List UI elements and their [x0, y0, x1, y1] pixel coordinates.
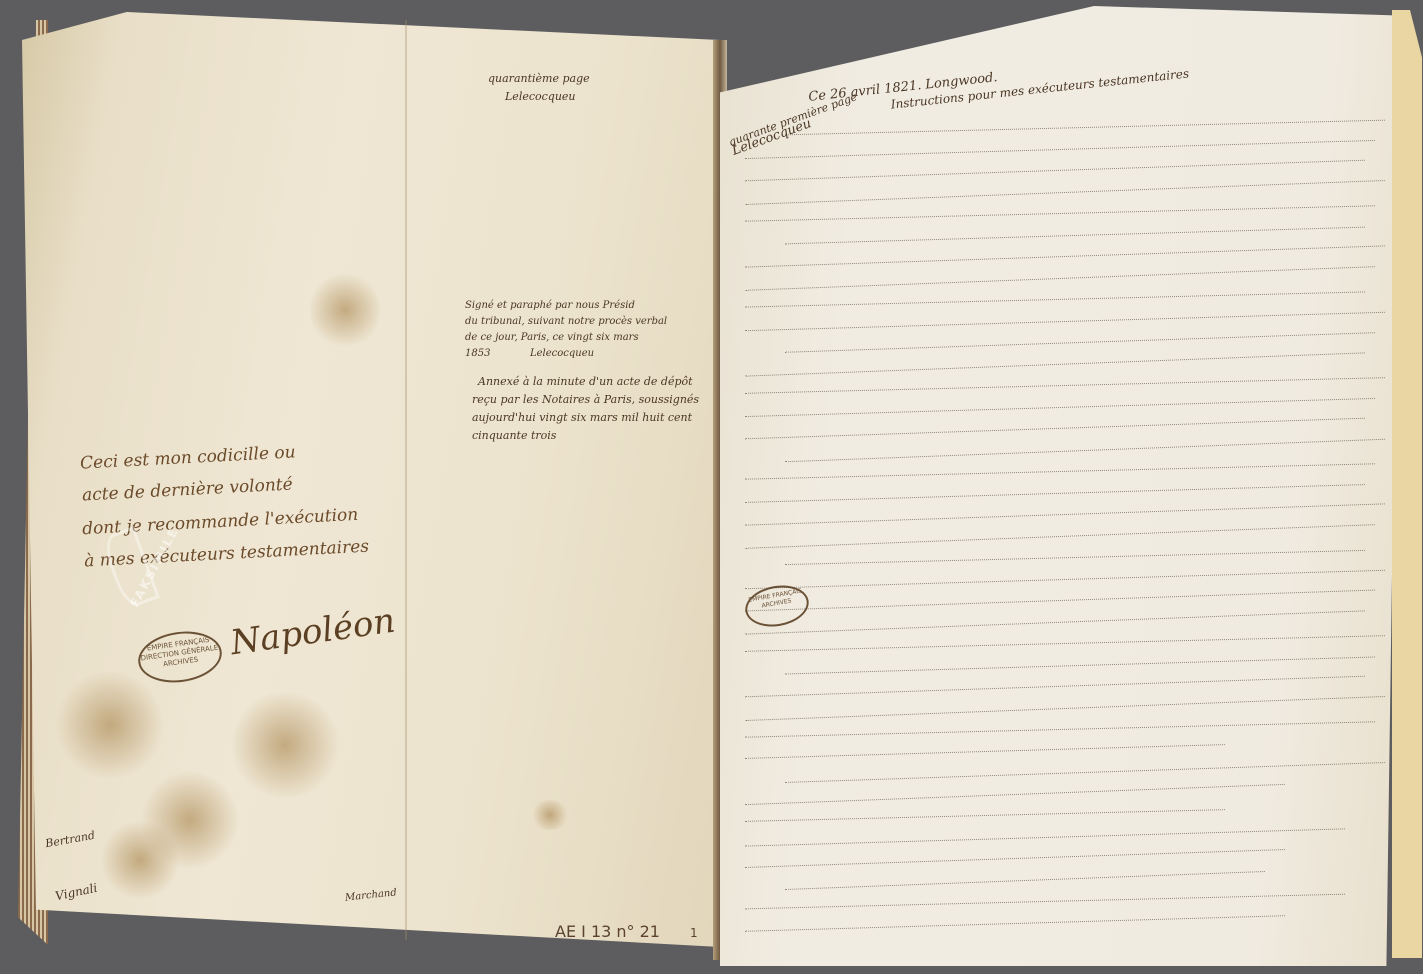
annex-note-line-4: cinquante trois	[472, 429, 556, 442]
annex-note-line-3: aujourd'hui vingt six mars mil huit cent	[472, 411, 692, 424]
stain	[55, 670, 165, 780]
top-note-line-2: Lelecocqueu	[505, 90, 576, 103]
stain	[310, 270, 380, 350]
page-number: 1	[690, 926, 698, 940]
notary-note-signature: Lelecocqueu	[530, 348, 594, 359]
stain	[230, 690, 340, 800]
left-page-fold	[405, 20, 407, 940]
stain	[100, 820, 180, 900]
notary-note-line-4: 1853	[465, 348, 490, 359]
shelfmark: AE I 13 n° 21	[555, 922, 660, 941]
open-manuscript: quarantième page Lelecocqueu Signé et pa…	[0, 0, 1423, 974]
stain	[530, 800, 570, 830]
top-note-line-1: quarantième page	[488, 72, 590, 85]
annex-note-line-2: reçu par les Notaires à Paris, soussigné…	[472, 393, 699, 406]
annex-note-line-1: Annexé à la minute d'un acte de dépôt	[478, 375, 693, 388]
notary-note-line-3: de ce jour, Paris, ce vingt six mars	[465, 332, 639, 343]
notary-note-line-1: Signé et paraphé par nous Présid	[465, 300, 635, 311]
right-page-stack-edge	[1392, 10, 1422, 958]
notary-note-line-2: du tribunal, suivant notre procès verbal	[465, 316, 667, 327]
left-page	[22, 12, 720, 947]
